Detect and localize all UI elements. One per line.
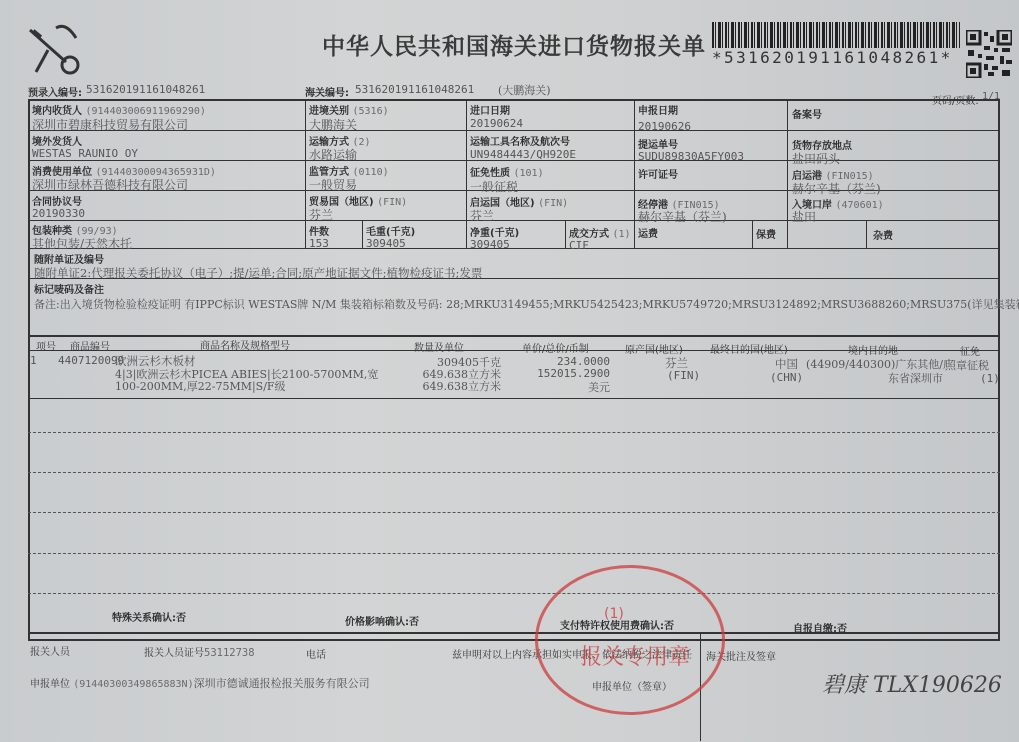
col-origin: 原产国(地区): [625, 341, 683, 356]
special-relation-confirm: 特殊关系确认:否: [112, 609, 186, 624]
marks-label: 标记唛码及备注: [34, 281, 104, 296]
col-hs-code: 商品编号: [70, 338, 110, 353]
gross-weight-value: 309405: [366, 237, 406, 250]
levy-nature-label: 征免性质 (101): [470, 164, 544, 179]
import-date-value: 20190624: [470, 117, 523, 130]
consumer-value: 深圳市绿林吾德科技有限公司: [32, 176, 188, 193]
price-influence-confirm: 价格影响确认:否: [345, 613, 419, 628]
entry-customs-label: 进境关别 (5316): [309, 102, 389, 117]
pieces-label: 件数: [309, 223, 329, 238]
domestic-dest-line2: 东省深圳市: [888, 370, 943, 386]
col-name-spec: 商品名称及规格型号: [200, 337, 290, 352]
form-title: 中华人民共和国海关进口货物报关单: [322, 28, 706, 61]
phone-label: 电话: [306, 646, 326, 661]
col-price: 单价/总价/币制: [522, 340, 589, 355]
col-item-no: 项号: [36, 338, 56, 353]
bill-of-lading-value: SUDU89830A5FY003: [638, 150, 744, 163]
vessel-value: UN9484443/QH920E: [470, 148, 576, 161]
declaring-unit: 申报单位 (91440300349865883N)深圳市德诚通报检报关服务有限公…: [30, 675, 370, 691]
freight-label: 运费: [638, 225, 658, 240]
declare-date-value: 20190626: [638, 120, 691, 133]
gross-weight-label: 毛重(千克): [366, 223, 415, 238]
departure-port-value: 赫尔辛基（芬兰): [792, 180, 881, 197]
col-levy: 征免: [960, 343, 980, 358]
supervision-value: 一般贸易: [309, 176, 357, 193]
import-date-label: 进口日期: [470, 102, 510, 117]
vessel-label: 运输工具名称及航次号: [470, 133, 570, 148]
barcode: [712, 22, 960, 48]
departure-country-value: 芬兰: [470, 207, 494, 224]
item-no: 1: [30, 354, 37, 367]
entry-customs-value: 大鹏海关: [309, 116, 357, 133]
attached-docs-label: 随附单证及编号: [34, 251, 104, 266]
customs-no-label: 海关编号:: [305, 84, 349, 99]
transport-mode-value: 水路运输: [309, 146, 357, 163]
trade-terms-value: CIF: [569, 239, 589, 252]
dest-country-code: (CHN): [770, 371, 803, 384]
origin-code: (FIN): [667, 369, 700, 382]
declare-date-label: 申报日期: [638, 102, 678, 117]
entry-port-value: 盐田: [792, 208, 816, 225]
currency: 美元: [500, 379, 610, 395]
license-no-label: 许可证号: [638, 166, 678, 181]
attached-docs-value: 随附单证2:代理报关委托协议（电子）;提/运单;合同;原产地证据文件;植物检疫证…: [34, 265, 482, 281]
contract-value: 20190330: [32, 207, 85, 220]
levy-code: (1): [980, 372, 1000, 385]
misc-fees-label: 杂费: [873, 227, 893, 242]
customs-number: 531620191161048261: [355, 83, 474, 96]
col-dest-country: 最终目的国(地区): [710, 341, 788, 356]
consignee-label: 境内收货人 (91440300691196929​0): [32, 102, 206, 117]
customs-broker-seal: (1) 报关专用章: [535, 565, 725, 715]
dest-country: 中国: [775, 356, 798, 372]
contract-label: 合同协议号: [32, 193, 82, 208]
storage-place-value: 盐田码头: [792, 150, 840, 167]
pre-entry-label: 预录入编号:: [28, 84, 82, 99]
trade-country-value: 芬兰: [309, 206, 333, 223]
customs-office: (大鹏海关): [498, 82, 551, 98]
customs-emblem-icon: [26, 20, 84, 78]
col-domestic-dest: 境内目的地: [848, 342, 898, 357]
declarant-cert-label: 报关人员证号53112738: [144, 644, 255, 659]
pre-entry-number: 531620191161048261: [86, 83, 205, 96]
qty-3: 649.638立方米: [400, 378, 501, 394]
trade-terms-label: 成交方式 (1): [569, 225, 631, 240]
marks-value: 备注:出入境货物检验检疫证明 有IPPC标识 WESTAS牌 N/M 集装箱标箱…: [34, 296, 1019, 312]
barcode-number: *531620191161048261*: [712, 48, 953, 67]
net-weight-value: 309405: [470, 238, 510, 251]
goods-spec-line2: 100-200MM,厚22-75MM|S/F级: [115, 378, 286, 394]
package-type-value: 其他包装/天然木托: [32, 235, 132, 252]
shipper-value: WESTAS RAUNIO OY: [32, 147, 138, 160]
transit-port-value: 赫尔辛基（芬兰): [638, 208, 727, 225]
shipper-label: 境外发货人: [32, 133, 82, 148]
qr-code-icon: [966, 30, 1012, 78]
declarant-label: 报关人员: [30, 643, 70, 658]
net-weight-label: 净重(千克): [470, 224, 519, 239]
handwritten-signature: 碧康 TLX190626: [822, 668, 1002, 699]
self-report-confirm: 自报自缴:否: [793, 620, 847, 635]
bill-of-lading-label: 提运单号: [638, 136, 678, 151]
record-no-label: 备案号: [792, 106, 822, 121]
consignee-value: 深圳市碧康科技贸易有限公司: [32, 116, 188, 133]
insurance-label: 保费: [756, 226, 776, 241]
pieces-value: 153: [309, 237, 329, 250]
col-quantity: 数量及单位: [414, 339, 464, 354]
levy-nature-value: 一般征税: [470, 178, 518, 195]
levy-method: 照章征税: [945, 357, 989, 373]
